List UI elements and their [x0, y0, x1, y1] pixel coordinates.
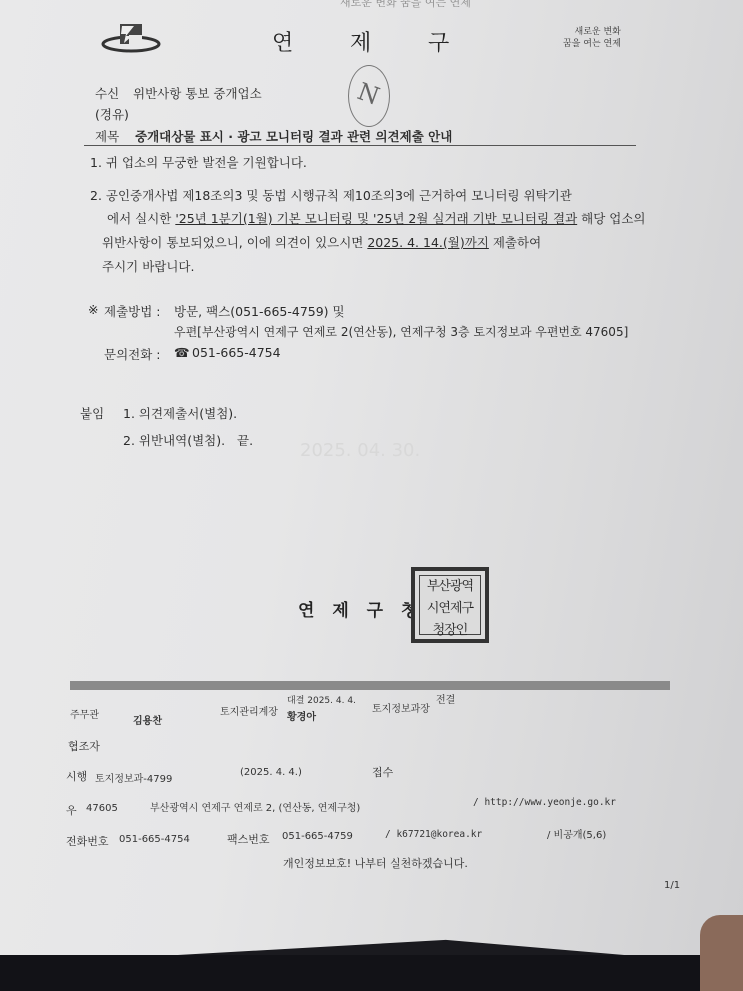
- attachments-label: 붙임: [80, 404, 104, 422]
- desk-background: [0, 955, 743, 991]
- brand-line-2: 꿈을 여는 연제: [563, 38, 621, 50]
- yeonje-district-logo-icon: [100, 22, 162, 56]
- p2-line3-pre: 위반사항이 통보되었으니, 이에 의견이 있으시면: [102, 235, 367, 250]
- document-page: 새로운 변화 꿈을 여는 연제 연 제 구 새로운 변화 꿈을 여는 연제 N …: [0, 0, 743, 965]
- enforce-number: 토지정보과-4799: [95, 770, 172, 785]
- page-number: 1/1: [664, 880, 680, 891]
- team-lead-note: 대결 2025. 4. 4.: [287, 693, 356, 706]
- team-lead-label: 토지관리계장: [220, 703, 278, 718]
- subject-divider: [84, 145, 636, 146]
- brand-slogan: 새로운 변화 꿈을 여는 연제: [563, 26, 621, 50]
- reference-mark: ※: [88, 302, 98, 317]
- attachment-item-1: 1. 의견제출서(별첨).: [123, 404, 237, 422]
- officer-label: 주무관: [70, 706, 99, 721]
- submission-method-label: 제출방법 :: [104, 302, 161, 320]
- org-title-char-3: 구: [428, 26, 449, 57]
- seal-line-1: 부산광역: [420, 576, 480, 598]
- officer-name: 김용찬: [133, 712, 162, 727]
- cooperator-label: 협조자: [68, 738, 100, 754]
- seal-line-3: 청장인: [420, 620, 480, 642]
- p2-line2-pre: 에서 실시한: [107, 211, 175, 226]
- receive-label: 접수: [372, 764, 393, 780]
- paragraph-2-line-3: 위반사항이 통보되었으니, 이에 의견이 있으시면 2025. 4. 14.(월…: [102, 233, 541, 251]
- enforce-date: (2025. 4. 4.): [240, 767, 302, 778]
- approval-band-divider: [70, 681, 670, 690]
- org-title-char-2: 제: [350, 26, 371, 57]
- hand-edge: [700, 915, 743, 991]
- paragraph-2-line-2: 에서 실시한 '25년 1분기(1월) 기본 모니터링 및 '25년 2월 실거…: [107, 209, 646, 227]
- via-label: (경유): [95, 105, 129, 123]
- subject-label: 제목: [95, 127, 119, 145]
- recipient-value: 위반사항 통보 중개업소: [133, 84, 262, 102]
- privacy-slogan: 개인정보보호! 나부터 실천하겠습니다.: [283, 855, 468, 871]
- submission-method-line-1: 방문, 팩스(051-665-4759) 및: [174, 302, 345, 320]
- phone-icon: ☎: [174, 345, 190, 360]
- inquiry-phone: 051-665-4754: [192, 345, 281, 360]
- org-title-char-1: 연: [272, 26, 293, 57]
- deadline: 2025. 4. 14.(월)까지: [367, 235, 489, 250]
- postal-code: 47605: [86, 803, 118, 814]
- website-link[interactable]: / http://www.yeonje.go.kr: [473, 797, 616, 808]
- paragraph-1: 1. 귀 업소의 무궁한 발전을 기원합니다.: [90, 153, 307, 171]
- enforce-label: 시행: [66, 768, 87, 784]
- subject-value: 중개대상물 표시 · 광고 모니터링 결과 관련 의견제출 안내: [135, 127, 452, 145]
- submission-method-line-2: 우편[부산광역시 연제구 연제로 2(연산동), 연제구청 3층 토지정보과 우…: [174, 323, 628, 340]
- director-note: 전결: [436, 691, 455, 706]
- postal-label: 우: [66, 802, 77, 818]
- fax-label: 팩스번호: [227, 831, 270, 847]
- director-label: 토지정보과장: [372, 700, 430, 715]
- paragraph-2-line-4: 주시기 바랍니다.: [102, 257, 194, 275]
- seal-line-2: 시연제구: [420, 598, 480, 620]
- paragraph-2-line-1: 2. 공인중개사법 제18조의3 및 동법 시행규칙 제10조의3에 근거하여 …: [90, 186, 572, 204]
- phone-number: 051-665-4754: [119, 834, 190, 845]
- address: 부산광역시 연제구 연제로 2, (연산동, 연제구청): [150, 799, 360, 814]
- header-slogan: 새로운 변화 꿈을 여는 연제: [340, 0, 471, 10]
- official-seal: 부산광역 시연제구 청장인: [411, 567, 489, 643]
- fax-number: 051-665-4759: [282, 831, 353, 842]
- email-link[interactable]: / k67721@korea.kr: [385, 829, 482, 840]
- monitoring-period: '25년 1분기(1월) 기본 모니터링 및 '25년 2월 실거래 기반 모니…: [175, 211, 577, 226]
- faded-date-watermark: 2025. 04. 30.: [300, 440, 420, 461]
- attachment-item-2: 2. 위반내역(별첨). 끝.: [123, 431, 253, 449]
- inquiry-label: 문의전화 :: [104, 345, 161, 363]
- p2-line2-post: 해당 업소의: [577, 211, 645, 226]
- disclosure-status: / 비공개(5,6): [547, 826, 606, 841]
- brand-line-1: 새로운 변화: [563, 26, 621, 38]
- phone-label: 전화번호: [66, 833, 109, 849]
- recipient-label: 수신: [95, 84, 119, 102]
- team-lead-name: 황경아: [287, 708, 316, 723]
- p2-line3-post: 제출하여: [489, 235, 541, 250]
